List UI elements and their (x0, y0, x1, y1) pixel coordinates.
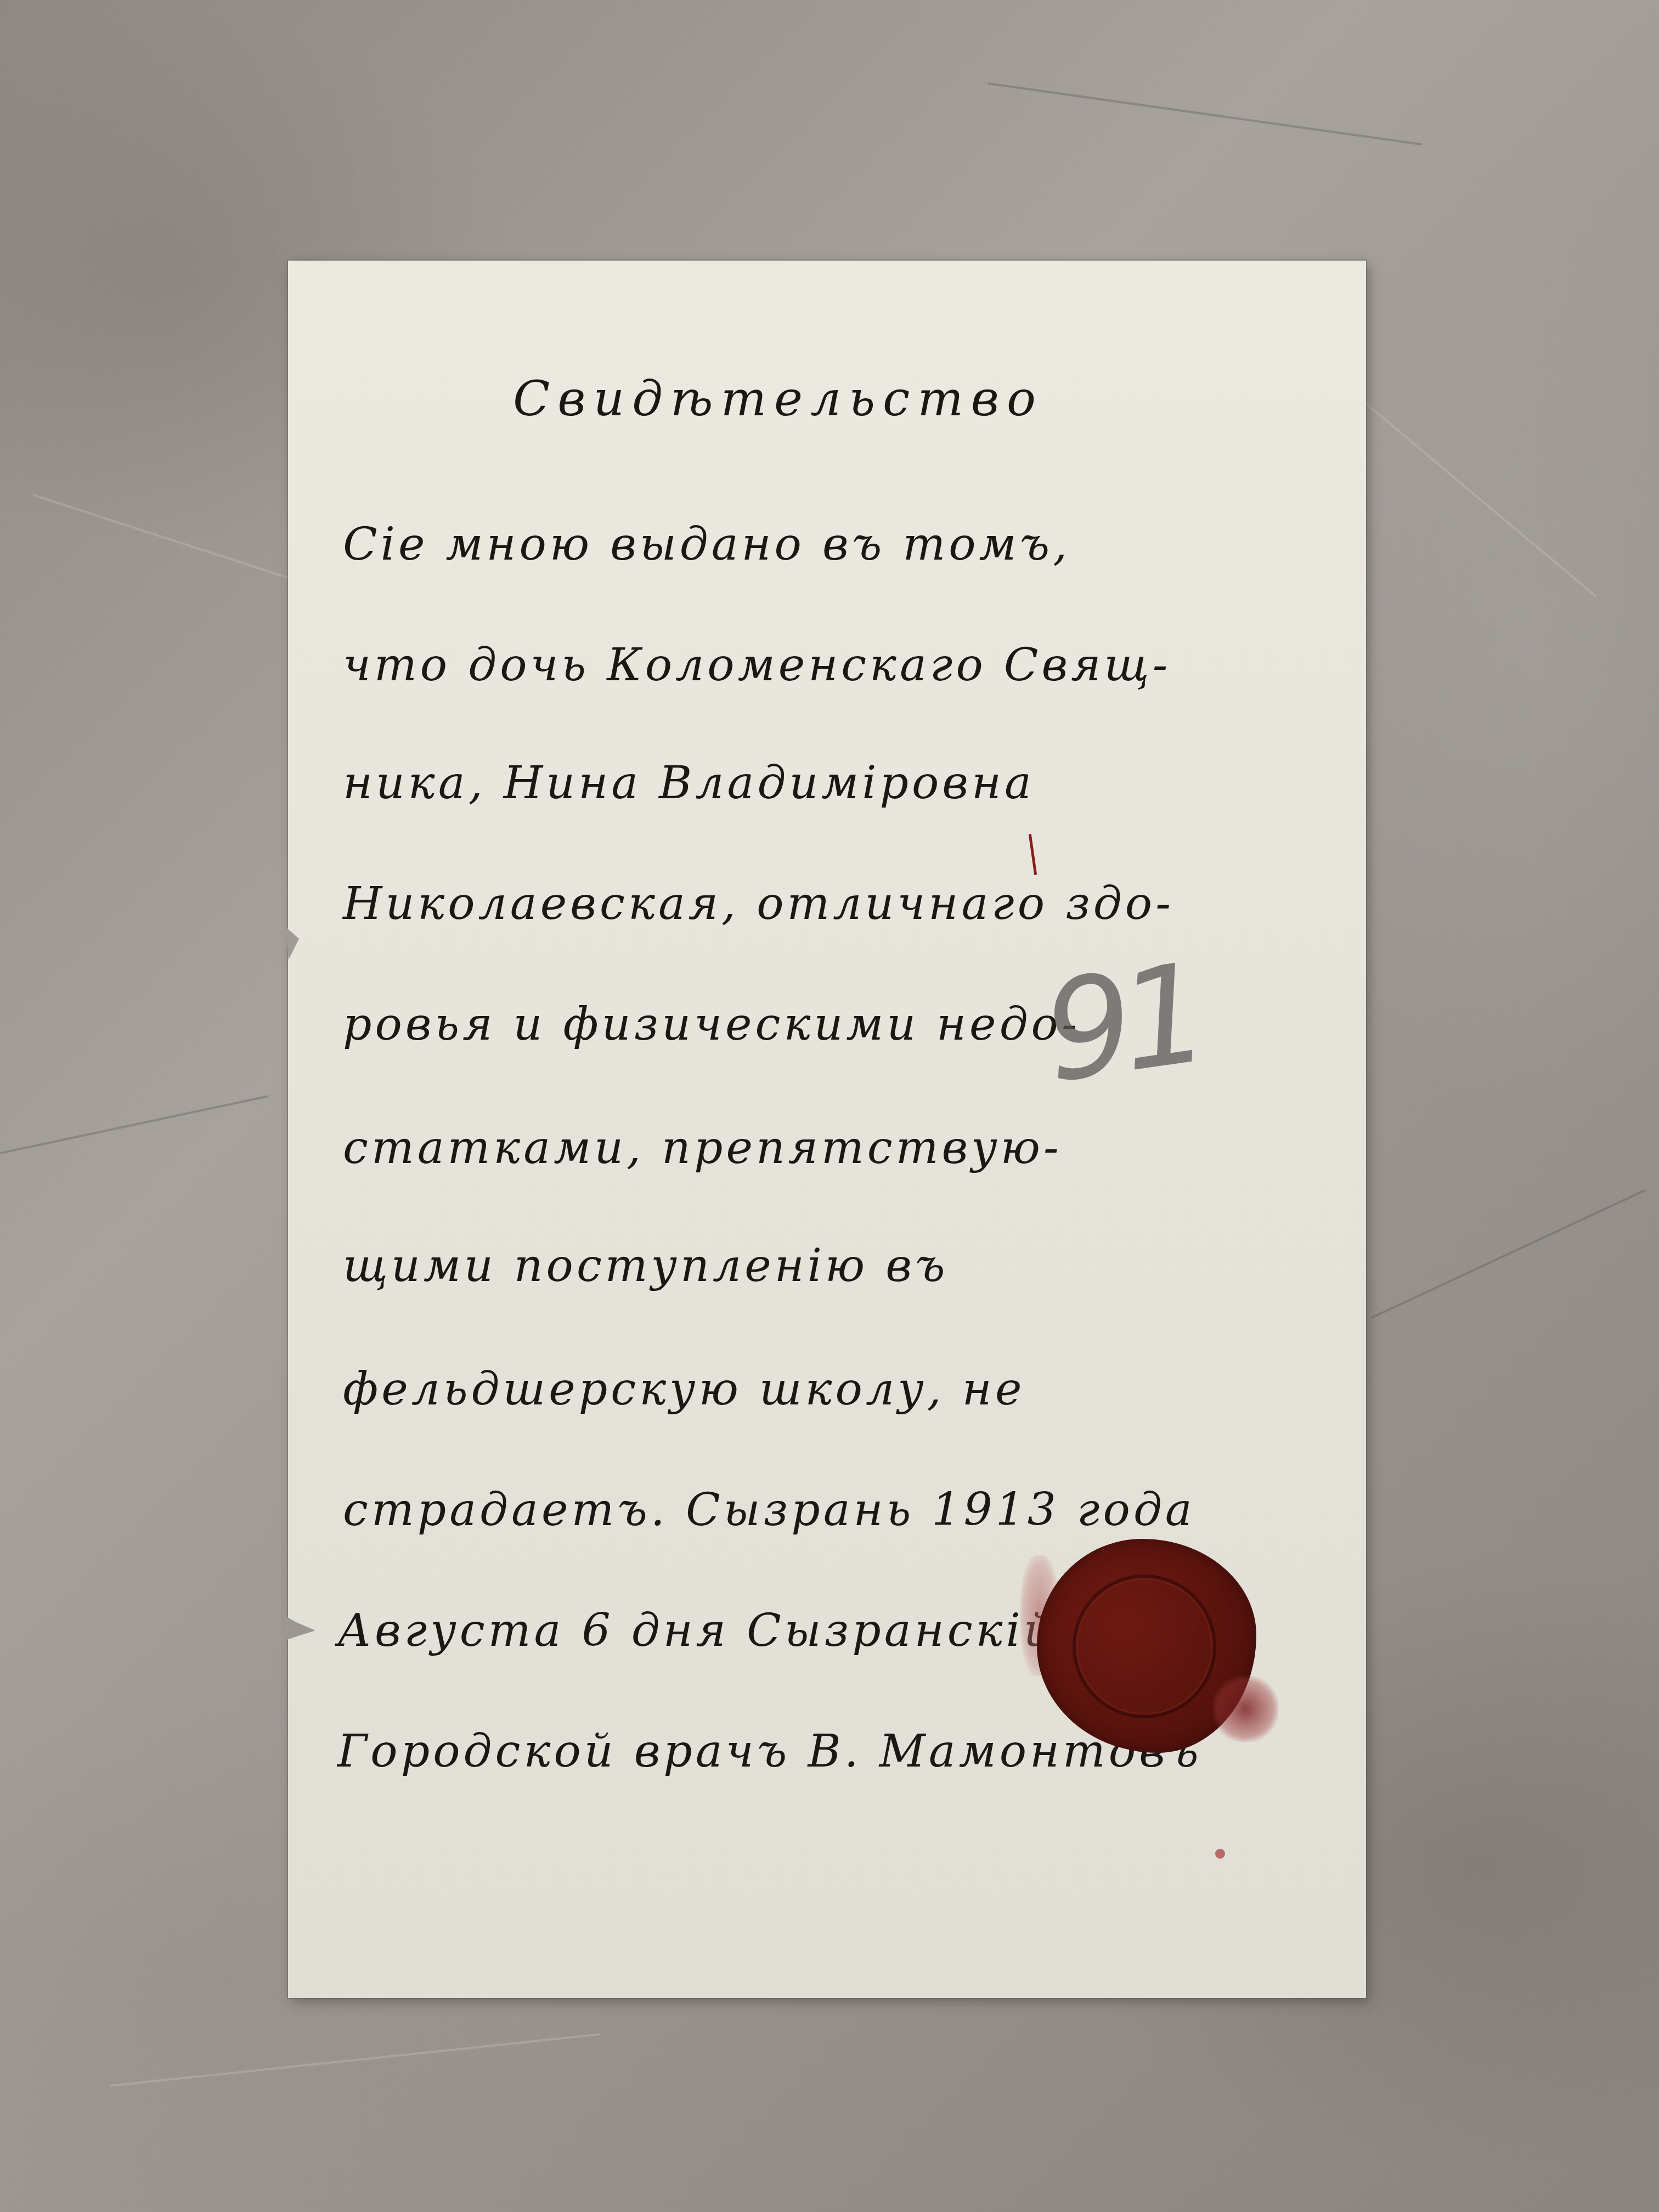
document-title: Свидѣтельство (513, 370, 1043, 427)
marble-vein (0, 1095, 268, 1154)
paper-edge-tear (286, 927, 299, 960)
text-line: щими поступленiю въ (343, 1240, 949, 1292)
marble-vein (1344, 384, 1597, 597)
text-line: Сiе мною выдано въ томъ, (343, 518, 1070, 571)
wax-seal (1020, 1522, 1267, 1775)
wax-seal-impression-ring (1073, 1575, 1216, 1718)
text-line: Николаевская, отличнаго здо- (343, 878, 1174, 930)
wax-smear (1212, 1676, 1278, 1742)
text-line-date-office: Августа 6 дня Сызранскiй (337, 1605, 1056, 1657)
text-line: статками, препятствую- (343, 1122, 1062, 1174)
red-pencil-tick-mark (1029, 834, 1037, 875)
text-line: ровья и физическими недо- (343, 998, 1080, 1051)
paper-edge-tear (285, 1616, 323, 1649)
certificate-paper: Свидѣтельство Сiе мною выдано въ томъ, ч… (288, 261, 1366, 1998)
text-line: фельдшерскую школу, не (343, 1363, 1025, 1415)
marble-vein (988, 82, 1423, 145)
marble-vein (110, 2033, 601, 2087)
wax-drop (1215, 1849, 1225, 1859)
text-line: ника, Нина Владимiровна (343, 757, 1035, 809)
marble-vein (1371, 1189, 1645, 1319)
text-line: что дочь Коломенскаго Свящ- (343, 639, 1171, 691)
pencil-annotation: 91 (1035, 934, 1208, 1113)
